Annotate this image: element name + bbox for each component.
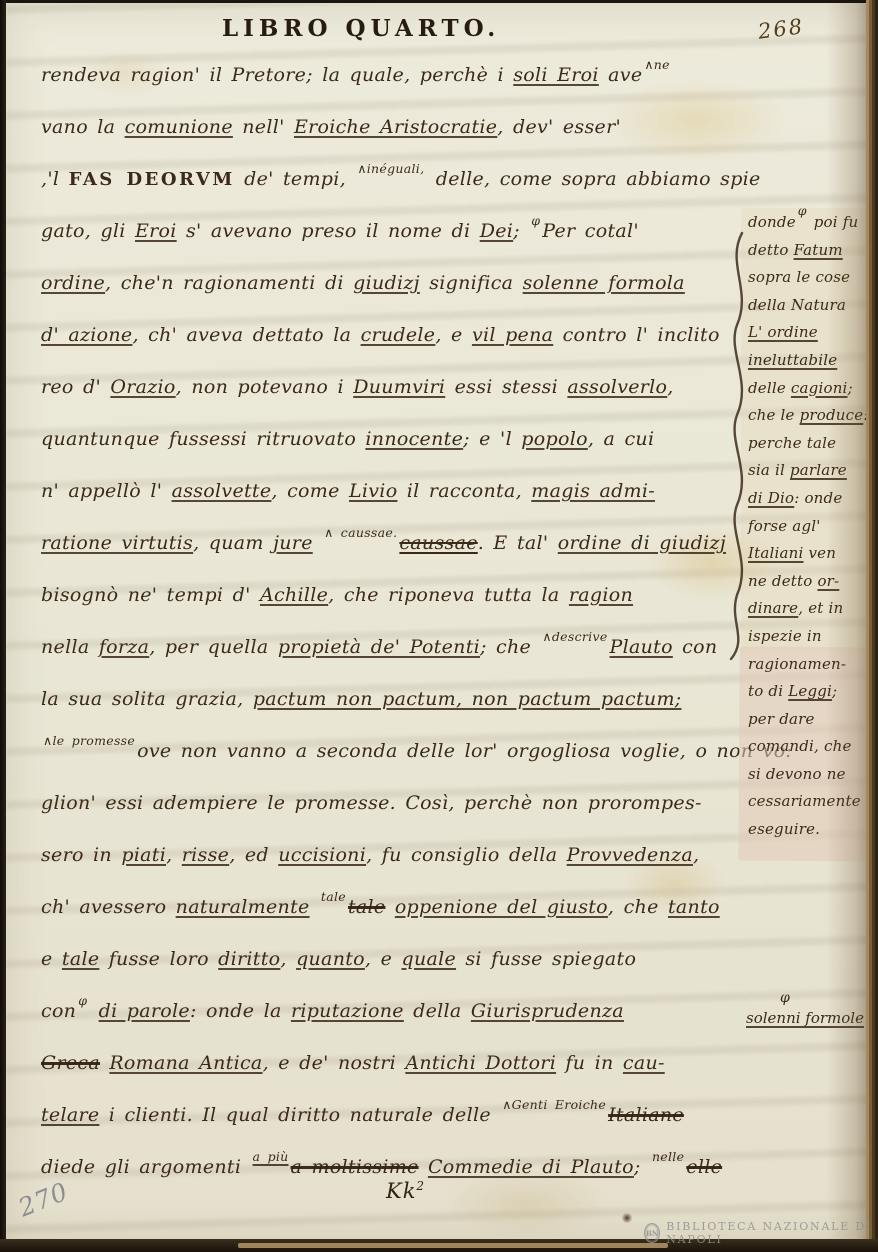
text-segment: con: [673, 636, 718, 658]
text-segment: telare: [41, 1104, 99, 1126]
text-line: eseguire.: [748, 816, 878, 844]
text-segment: L' ordine: [748, 323, 818, 341]
text-segment: glion' essi adempiere le promesse. Così,…: [41, 792, 702, 814]
text-segment: significa: [420, 272, 523, 294]
text-segment: piati: [121, 844, 166, 866]
struck-word: a moltissime: [291, 1156, 419, 1178]
text-segment: vil pena: [472, 324, 553, 346]
inserted-word: ∧ caussae.: [324, 527, 397, 539]
text-segment: comunione: [125, 116, 233, 138]
text-segment: quanto: [296, 948, 365, 970]
text-segment: ragionamen-: [748, 655, 846, 673]
text-segment: [310, 896, 319, 918]
text-segment: forza: [99, 636, 149, 658]
text-segment: e: [41, 948, 62, 970]
scan-top-edge: [0, 0, 878, 3]
text-line: ragionamen-: [748, 651, 878, 679]
text-segment: popolo: [521, 428, 588, 450]
text-segment: , per quella: [149, 636, 278, 658]
text-segment: assolverlo: [567, 376, 667, 398]
text-line: glion' essi adempiere le promesse. Così,…: [41, 777, 741, 829]
text-segment: Eroi: [135, 220, 177, 242]
text-segment: propietà de' Potenti: [278, 636, 480, 658]
text-segment: riputazione: [291, 1000, 404, 1022]
text-segment: sia il: [748, 461, 790, 479]
text-segment: della Natura: [748, 296, 846, 314]
text-line: e tale fusse loro diritto, quanto, e qua…: [41, 933, 741, 985]
text-segment: poi fu: [809, 213, 859, 231]
text-line: L' ordine: [748, 319, 878, 347]
text-segment: comandi, che: [748, 737, 852, 755]
text-line: Italiani ven: [748, 540, 878, 568]
text-segment: : onde: [794, 489, 842, 507]
text-segment: il racconta,: [397, 480, 531, 502]
text-segment: , e: [365, 948, 402, 970]
text-line: vano la comunione nell' Eroiche Aristocr…: [41, 101, 741, 153]
text-segment: uccisioni: [278, 844, 366, 866]
text-line: che le produce:: [748, 402, 878, 430]
text-segment: : onde la: [190, 1000, 291, 1022]
text-line: sero in piati, risse, ed uccisioni, fu c…: [41, 829, 741, 881]
margin-annotation: φ solenni formole: [746, 991, 864, 1027]
text-segment: si devono ne: [748, 765, 846, 783]
manuscript-scan: LIBRO QUARTO. 268 rendeva ragion' il Pre…: [0, 0, 878, 1252]
bn-monogram-letters: BN: [646, 1229, 658, 1238]
text-segment: , a cui: [588, 428, 655, 450]
text-segment: Romana Antica: [109, 1052, 262, 1074]
text-segment: diritto: [218, 948, 280, 970]
text-line: telare i clienti. Il qual diritto natura…: [41, 1089, 741, 1141]
text-line: ispezie in: [748, 623, 878, 651]
text-line: d' azione, ch' aveva dettato la crudele,…: [41, 309, 741, 361]
text-line: ordine, che'n ragionamenti di giudizj si…: [41, 257, 741, 309]
text-segment: ;: [634, 1156, 650, 1178]
text-line: si devono ne: [748, 761, 878, 789]
struck-word: Greca: [41, 1052, 100, 1074]
text-segment: ;: [848, 379, 853, 397]
inserted-word: ∧ne: [644, 59, 670, 71]
text-segment: Duumviri: [353, 376, 445, 398]
text-line: perche tale: [748, 430, 878, 458]
text-segment: solenne formola: [523, 272, 685, 294]
text-segment: ispezie in: [748, 627, 822, 645]
text-segment: ove non vanno a seconda delle lor' orgog…: [137, 740, 792, 762]
text-segment: ,: [280, 948, 296, 970]
text-segment: pactum non pactum, non pactum pactum;: [253, 688, 682, 710]
library-watermark: BN Biblioteca Nazionale di Napoli: [644, 1220, 878, 1246]
text-segment: tanto: [668, 896, 720, 918]
text-segment: [100, 1052, 109, 1074]
text-segment: , ed: [229, 844, 278, 866]
text-segment: naturalmente: [176, 896, 310, 918]
text-segment: , come: [271, 480, 349, 502]
margin-annotation-text: solenni formole: [746, 1009, 864, 1027]
text-segment: contro l' inclito: [553, 324, 719, 346]
text-segment: Italiani: [748, 544, 804, 562]
text-segment: ragion: [569, 584, 633, 606]
text-segment: [313, 532, 322, 554]
text-line: ne detto or-: [748, 568, 878, 596]
inserted-word: φ: [78, 995, 87, 1007]
text-segment: [419, 1156, 428, 1178]
next-page-edge: [238, 1243, 668, 1248]
text-segment: ;: [832, 682, 837, 700]
text-segment: innocente: [365, 428, 463, 450]
struck-word: Italiane: [608, 1104, 684, 1126]
text-segment: Orazio: [110, 376, 175, 398]
text-segment: Commedie di Plauto: [428, 1156, 634, 1178]
inserted-word: φ: [798, 205, 807, 217]
text-segment: oppenione del giusto: [395, 896, 608, 918]
text-segment: assolvette: [172, 480, 272, 502]
signature-mark: Kk2: [386, 1179, 425, 1203]
bn-monogram-icon: BN: [644, 1223, 660, 1243]
text-line: rendeva ragion' il Pretore; la quale, pe…: [41, 49, 741, 101]
text-segment: con: [41, 1000, 76, 1022]
text-segment: cessariamente: [748, 792, 861, 810]
text-segment: sero in: [41, 844, 121, 866]
text-line: bisognò ne' tempi d' Achille, che ripone…: [41, 569, 741, 621]
signature-superscript: 2: [416, 1179, 425, 1193]
text-segment: n' appellò l': [41, 480, 172, 502]
text-line: forse agl': [748, 513, 878, 541]
struck-word: caussae: [399, 532, 477, 554]
text-segment: Achille: [260, 584, 328, 606]
text-line: gato, gli Eroi s' avevano preso il nome …: [41, 205, 741, 257]
page-title: LIBRO QUARTO.: [222, 15, 500, 42]
text-segment: crudele: [361, 324, 436, 346]
text-segment: , dev' esser': [497, 116, 621, 138]
text-line: to di Leggi;: [748, 678, 878, 706]
text-segment: , ch' aveva dettato la: [132, 324, 360, 346]
text-segment: , che'n ragionamenti di: [105, 272, 353, 294]
text-segment: quale: [401, 948, 456, 970]
text-segment: Eroiche Aristocratie: [294, 116, 497, 138]
text-segment: produce: [800, 406, 864, 424]
text-segment: Livio: [349, 480, 397, 502]
text-segment: , quam: [193, 532, 273, 554]
text-segment: dinare: [748, 599, 798, 617]
text-segment: , non potevano i: [176, 376, 354, 398]
text-segment: detto: [748, 241, 794, 259]
text-segment: di Dio: [748, 489, 794, 507]
text-segment: delle, come sopra abbiamo spie: [426, 168, 760, 190]
text-segment: cagioni: [791, 379, 848, 397]
text-segment: de' tempi,: [235, 168, 356, 190]
text-segment: ch' avessero: [41, 896, 176, 918]
text-segment: Fatum: [794, 241, 843, 259]
text-line: delle cagioni;: [748, 375, 878, 403]
text-segment: Antichi Dottori: [405, 1052, 556, 1074]
text-segment: nella: [41, 636, 99, 658]
text-segment: ; e 'l: [463, 428, 521, 450]
text-segment: cau-: [623, 1052, 665, 1074]
text-segment: si fusse spiegato: [456, 948, 636, 970]
manuscript-page: LIBRO QUARTO. 268 rendeva ragion' il Pre…: [6, 3, 868, 1240]
struck-word: elle: [686, 1156, 722, 1178]
text-line: reo d' Orazio, non potevano i Duumviri e…: [41, 361, 741, 413]
inserted-word: nelle: [652, 1151, 684, 1163]
text-segment: jure: [273, 532, 313, 554]
text-segment: ratione virtutis: [41, 532, 193, 554]
text-segment: della: [404, 1000, 471, 1022]
text-segment: ,: [166, 844, 182, 866]
text-segment: ,: [667, 376, 673, 398]
inserted-word: tale: [321, 891, 346, 903]
text-line: ratione virtutis, quam jure ∧ caussae.ca…: [41, 517, 741, 569]
inserted-word: ∧descrive: [542, 631, 607, 643]
inserted-word: φ: [531, 215, 540, 227]
text-segment: , che riponeva tutta la: [328, 584, 569, 606]
text-segment: perche tale: [748, 434, 836, 452]
scan-left-edge: [0, 0, 6, 1252]
text-segment: , e: [435, 324, 472, 346]
text-segment: la sua solita grazia,: [41, 688, 253, 710]
text-line: ,'l FAS DEORVM de' tempi, ∧inéguali, del…: [41, 153, 741, 205]
main-text-block: rendeva ragion' il Pretore; la quale, pe…: [41, 49, 741, 1193]
book-page-edges: [866, 0, 878, 1252]
text-segment: to di: [748, 682, 788, 700]
text-segment: Giurisprudenza: [471, 1000, 624, 1022]
text-segment: , e de' nostri: [263, 1052, 406, 1074]
text-segment: , fu consiglio della: [366, 844, 567, 866]
text-segment: ineluttabile: [748, 351, 837, 369]
text-segment: ordine di giudizj: [558, 532, 726, 554]
text-line: detto Fatum: [748, 237, 878, 265]
text-line: ineluttabile: [748, 347, 878, 375]
text-segment: ven: [804, 544, 837, 562]
text-segment: . E tal': [478, 532, 558, 554]
text-segment: ; che: [480, 636, 540, 658]
text-line: la sua solita grazia, pactum non pactum,…: [41, 673, 741, 725]
text-segment: magis admi-: [531, 480, 655, 502]
text-segment: Per cotal': [542, 220, 639, 242]
text-segment: essi stessi: [445, 376, 567, 398]
text-line: n' appellò l' assolvette, come Livio il …: [41, 465, 741, 517]
text-line: nella forza, per quella propietà de' Pot…: [41, 621, 741, 673]
text-segment: vano la: [41, 116, 125, 138]
inserted-word: a più: [253, 1151, 289, 1163]
text-segment: sopra le cose: [748, 268, 850, 286]
text-line: sia il parlare: [748, 457, 878, 485]
inserted-word: ∧Genti Eroiche: [502, 1099, 606, 1111]
text-segment: soli Eroi: [513, 64, 599, 86]
margin-note: dondeφ poi fudetto Fatumsopra le cosedel…: [748, 209, 878, 844]
text-line: quantunque fussessi ritruovato innocente…: [41, 413, 741, 465]
text-segment: ordine: [41, 272, 105, 294]
text-line: della Natura: [748, 292, 878, 320]
text-segment: delle: [748, 379, 791, 397]
text-segment: giudizj: [353, 272, 420, 294]
text-line: ∧le promesseove non vanno a seconda dell…: [41, 725, 741, 777]
signature-letters: Kk: [386, 1179, 416, 1203]
text-segment: forse agl': [748, 517, 821, 535]
text-line: dondeφ poi fu: [748, 209, 878, 237]
text-segment: rendeva ragion' il Pretore; la quale, pe…: [41, 64, 513, 86]
text-segment: , et in: [798, 599, 843, 617]
text-line: per dare: [748, 706, 878, 734]
struck-word: tale: [348, 896, 385, 918]
text-segment: eseguire.: [748, 820, 820, 838]
text-segment: tale: [62, 948, 99, 970]
text-segment: ne detto: [748, 572, 817, 590]
text-segment: Dei: [480, 220, 513, 242]
inserted-word: ∧inéguali,: [357, 163, 424, 175]
text-line: Greca Romana Antica, e de' nostri Antich…: [41, 1037, 741, 1089]
text-segment: donde: [748, 213, 796, 231]
text-segment: , che: [608, 896, 668, 918]
text-segment: ,: [693, 844, 699, 866]
text-segment: di parole: [99, 1000, 190, 1022]
text-segment: ,'l: [41, 168, 69, 190]
text-segment: risse: [182, 844, 229, 866]
text-segment: parlare: [790, 461, 847, 479]
text-segment: diede gli argomenti: [41, 1156, 251, 1178]
text-segment: ;: [513, 220, 529, 242]
text-segment: gato, gli: [41, 220, 135, 242]
text-line: comandi, che: [748, 733, 878, 761]
text-line: conφ di parole: onde la riputazione dell…: [41, 985, 741, 1037]
text-segment: quantunque fussessi ritruovato: [41, 428, 365, 450]
library-watermark-text: Biblioteca Nazionale di Napoli: [666, 1220, 878, 1246]
reference-mark: φ: [780, 991, 864, 1005]
text-segment: or-: [817, 572, 839, 590]
text-segment: [385, 896, 394, 918]
text-line: ch' avessero naturalmente taletale oppen…: [41, 881, 741, 933]
text-segment: reo d': [41, 376, 110, 398]
text-segment: fusse loro: [99, 948, 218, 970]
inserted-word: ∧le promesse: [43, 735, 135, 747]
text-line: cessariamente: [748, 788, 878, 816]
text-line: di Dio: onde: [748, 485, 878, 513]
text-segment: i clienti. Il qual diritto naturale dell…: [99, 1104, 500, 1126]
text-segment: per dare: [748, 710, 815, 728]
text-segment: Provvedenza: [567, 844, 693, 866]
text-line: sopra le cose: [748, 264, 878, 292]
text-segment: che le: [748, 406, 800, 424]
text-segment: nell': [233, 116, 294, 138]
text-segment: Plauto: [610, 636, 673, 658]
text-segment: FAS DEORVM: [69, 169, 235, 190]
text-segment: Leggi: [788, 682, 832, 700]
text-segment: fu in: [556, 1052, 623, 1074]
text-segment: ave: [599, 64, 643, 86]
text-segment: [89, 1000, 98, 1022]
text-segment: bisognò ne' tempi d': [41, 584, 260, 606]
text-segment: s' avevano preso il nome di: [177, 220, 480, 242]
text-line: dinare, et in: [748, 595, 878, 623]
text-segment: d' azione: [41, 324, 132, 346]
